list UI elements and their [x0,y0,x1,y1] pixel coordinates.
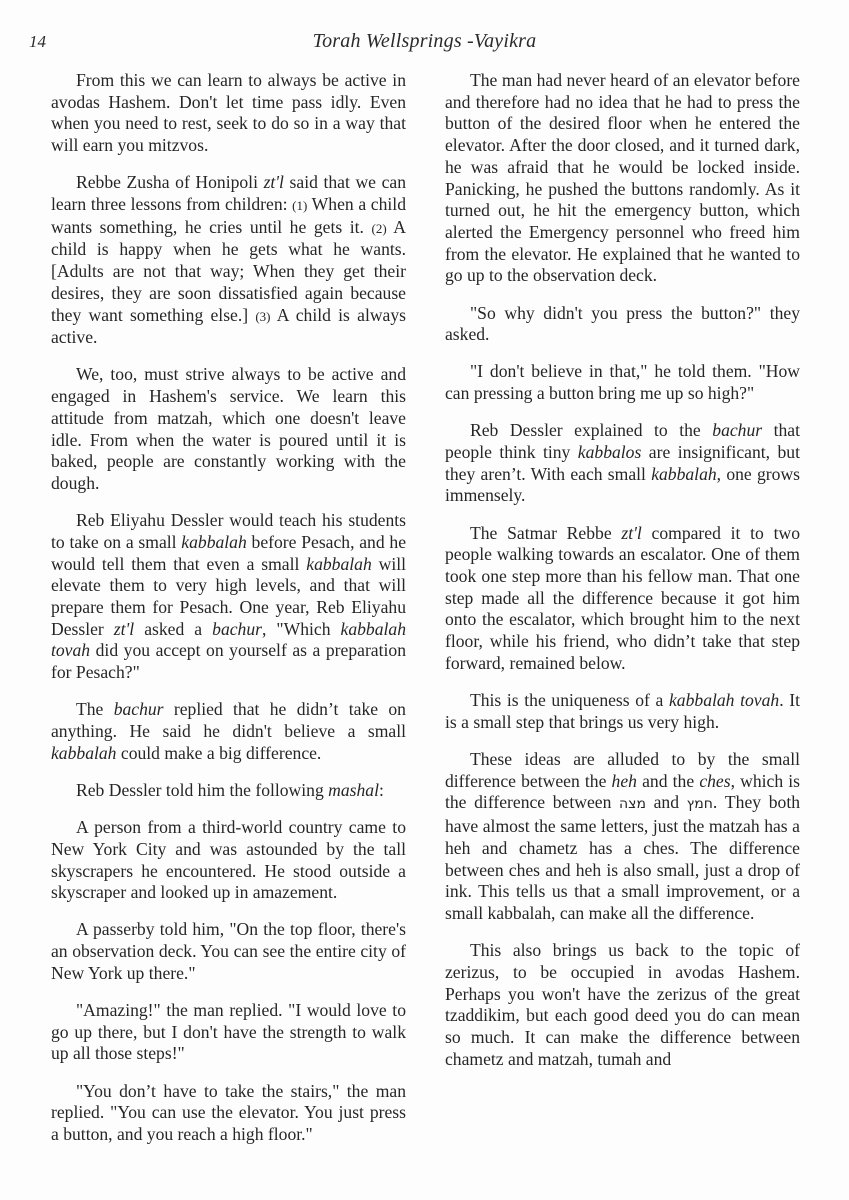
paragraph: "I don't believe in that," he told them.… [445,361,800,404]
page-header: 14 Torah Wellsprings -Vayikra [0,30,849,58]
text: This is the uniqueness of a [470,690,669,710]
running-title: Torah Wellsprings -Vayikra [0,30,849,53]
text: Reb Dessler told him the following [76,780,328,800]
paragraph: "So why didn't you press the button?" th… [445,303,800,346]
text: compared it to two people walking toward… [445,523,800,673]
paragraph: The bachur replied that he didn’t take o… [51,699,406,764]
paragraph: Reb Dessler told him the following masha… [51,780,406,802]
paragraph: We, too, must strive always to be active… [51,364,406,494]
italic-term: kabbalah [306,554,371,574]
paragraph: Reb Eliyahu Dessler would teach his stud… [51,510,406,684]
text: The [76,699,114,719]
italic-term: zt'l [621,523,641,543]
paragraph: A passerby told him, "On the top floor, … [51,919,406,984]
italic-term: kabbalah tovah [669,690,779,710]
italic-term: bachur [712,420,762,440]
italic-term: bachur [114,699,164,719]
italic-term: kabbalah [651,464,716,484]
hebrew-word-matzah: מצה [619,796,646,812]
paragraph: The Satmar Rebbe zt'l compared it to two… [445,523,800,675]
text: did you accept on yourself as a preparat… [51,640,406,682]
italic-term: heh [612,771,637,791]
text: Reb Dessler explained to the [470,420,712,440]
italic-term: mashal [328,780,379,800]
list-number: (2) [372,221,387,236]
italic-term: kabbalos [578,442,642,462]
text: : [379,780,384,800]
text: could make a big difference. [116,743,321,763]
text: , "Which [262,619,341,639]
hebrew-word-chametz: חמץ [687,796,713,812]
paragraph: This also brings us back to the topic of… [445,940,800,1070]
text: Rebbe Zusha of Honipoli [76,172,264,192]
list-number: (3) [255,309,270,324]
paragraph: "Amazing!" the man replied. "I would lov… [51,1000,406,1065]
paragraph: From this we can learn to always be acti… [51,70,406,157]
book-page: 14 Torah Wellsprings -Vayikra From this … [0,0,849,1200]
text: and [646,792,687,812]
italic-term: kabbalah [51,743,116,763]
italic-term: zt'l [114,619,134,639]
italic-term: zt'l [264,172,284,192]
right-column: The man had never heard of an elevator b… [445,70,800,1086]
italic-term: bachur [212,619,262,639]
paragraph: "You don’t have to take the stairs," the… [51,1081,406,1146]
paragraph: Rebbe Zusha of Honipoli zt'l said that w… [51,172,406,349]
paragraph: Reb Dessler explained to the bachur that… [445,420,800,507]
text: asked a [134,619,212,639]
text: The Satmar Rebbe [470,523,621,543]
paragraph: A person from a third-world country came… [51,817,406,904]
italic-term: ches [699,771,730,791]
left-column: From this we can learn to always be acti… [51,70,406,1161]
list-number: (1) [292,198,307,213]
paragraph: The man had never heard of an elevator b… [445,70,800,287]
paragraph: These ideas are alluded to by the small … [445,749,800,925]
paragraph: This is the uniqueness of a kabbalah tov… [445,690,800,733]
text: and the [637,771,699,791]
italic-term: kabbalah [181,532,246,552]
